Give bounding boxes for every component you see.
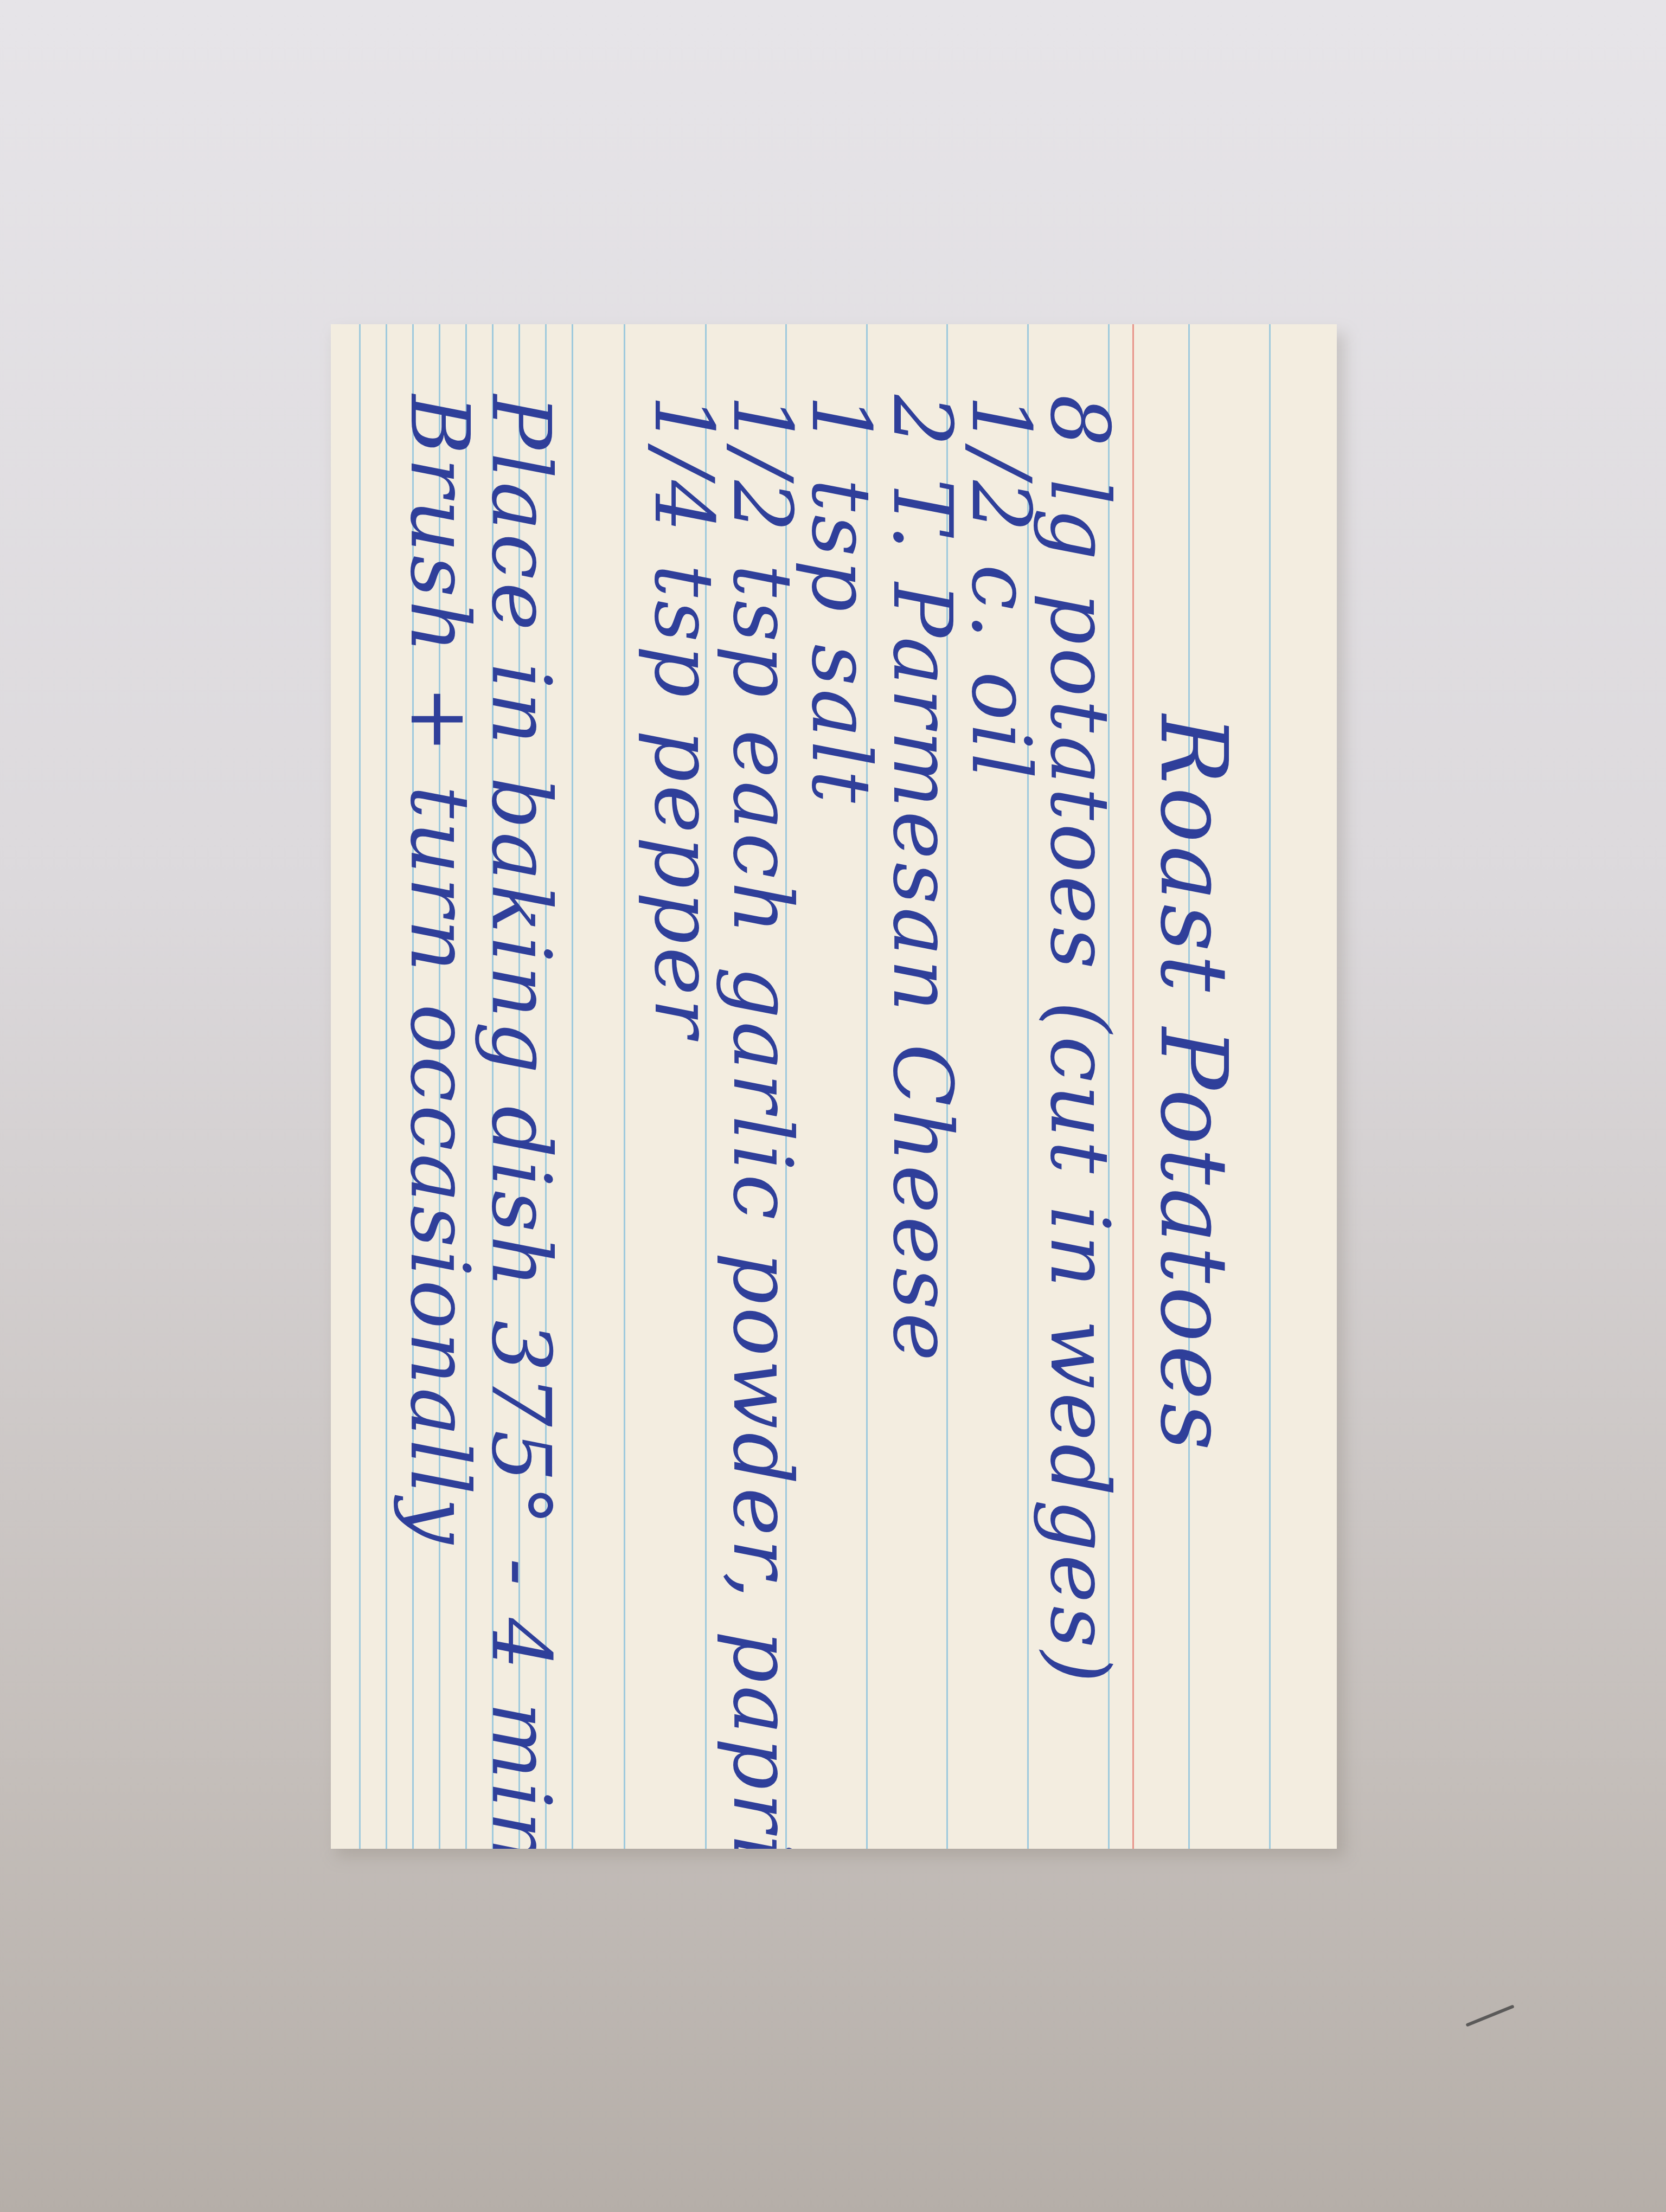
ingredient-line: 8 lg potatoes (cut in wedges) xyxy=(1039,395,1120,1686)
stray-mark xyxy=(1465,2004,1514,2027)
recipe-title: Roast Potatoes xyxy=(1147,715,1239,1454)
direction-line: Brush + turn occasionally xyxy=(399,395,480,1547)
ingredient-line: 2 T. Parmesan Cheese xyxy=(881,395,963,1364)
direction-line: Place in baking dish 375° - 4 min. xyxy=(480,395,561,1849)
ingredient-line: 1/4 tsp pepper xyxy=(643,395,724,1040)
handwriting: Roast Potatoes 8 lg potatoes (cut in wed… xyxy=(331,324,1337,1849)
ingredient-line: 1 tsp salt xyxy=(800,395,881,806)
ingredient-line: 1/2 c. oil xyxy=(960,395,1041,782)
ingredient-line: 1/2 tsp each garlic powder, paprika xyxy=(721,395,803,1849)
recipe-card: Roast Potatoes 8 lg potatoes (cut in wed… xyxy=(331,324,1337,1849)
